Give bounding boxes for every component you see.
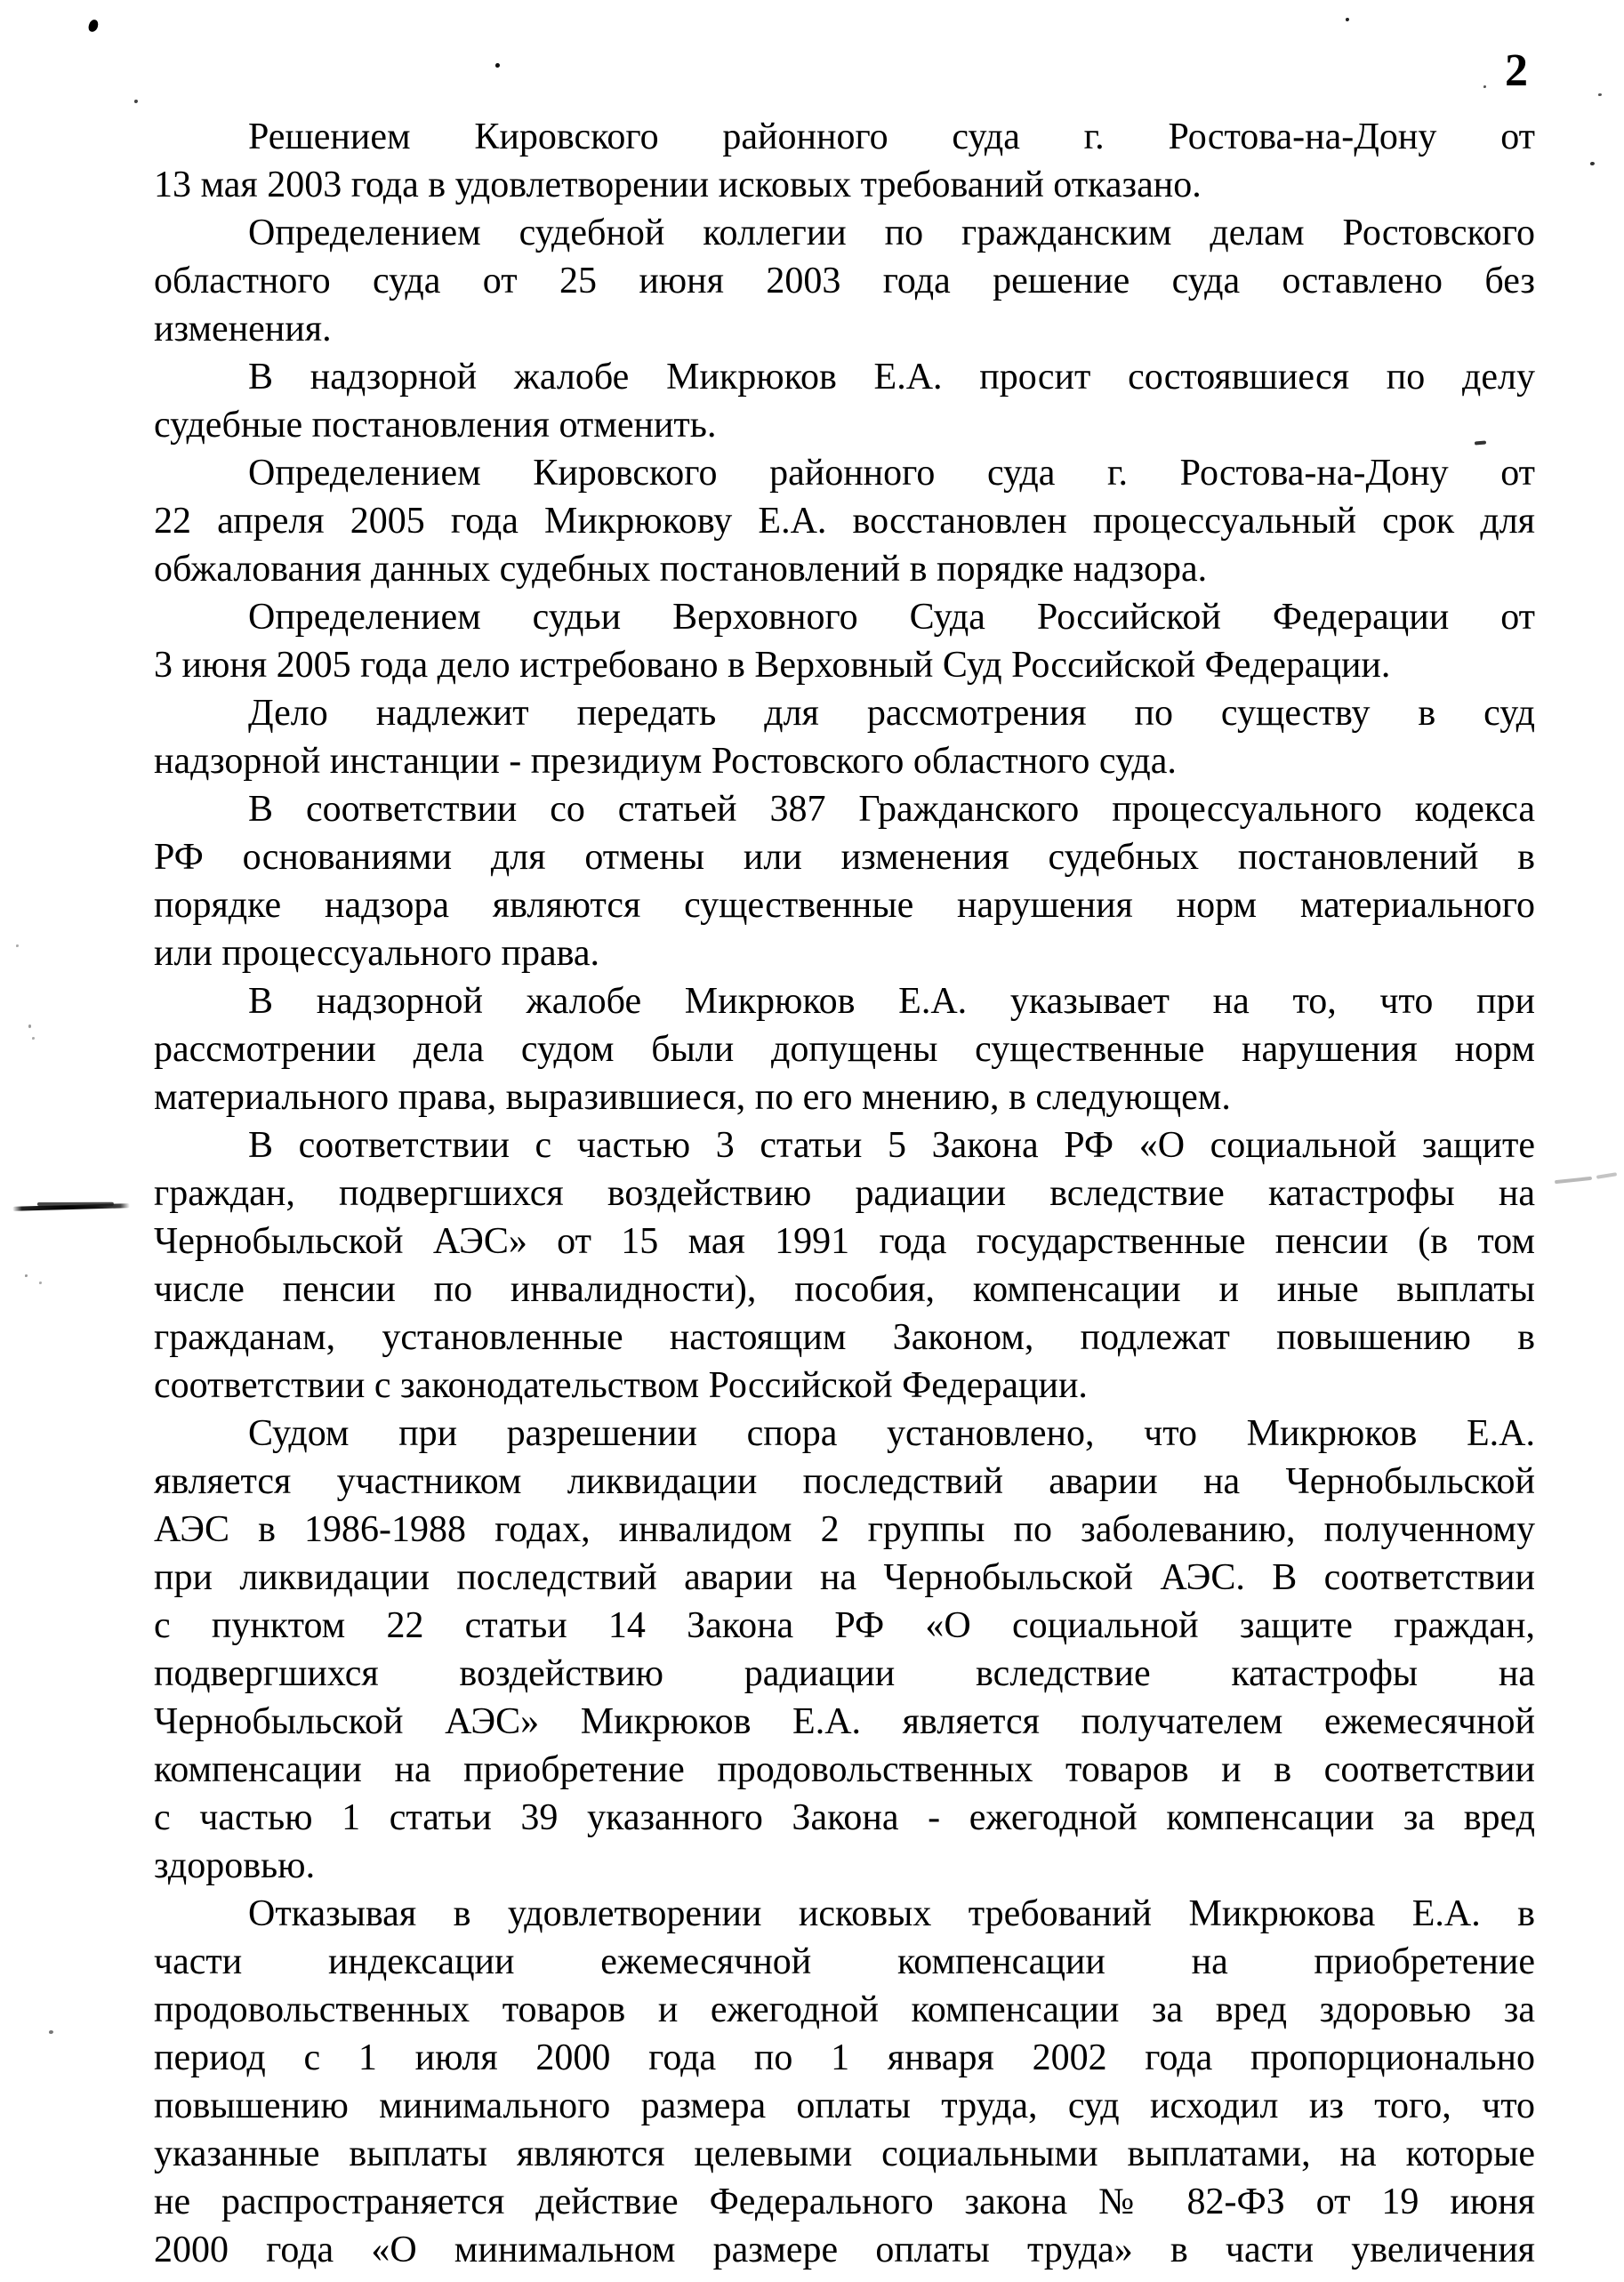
paragraph: Отказывая в удовлетворении исковых требо…: [154, 1890, 1535, 2274]
text-line: Дело надлежит передать для рассмотрения …: [154, 689, 1535, 737]
text-line: В надзорной жалобе Микрюков Е.А. просит …: [154, 353, 1535, 401]
scan-speck: [16, 944, 19, 947]
document-page: 2 Решением Кировского районного суда г. …: [0, 0, 1624, 2282]
scan-speck: [49, 2030, 53, 2034]
text-line: числе пенсии по инвалидности), пособия, …: [154, 1266, 1535, 1314]
paragraph: Дело надлежит передать для рассмотрения …: [154, 689, 1535, 785]
text-line: В соответствии со статьей 387 Гражданско…: [154, 785, 1535, 833]
text-line: при ликвидации последствий аварии на Чер…: [154, 1554, 1535, 1602]
text-line: период с 1 июля 2000 года по 1 января 20…: [154, 2034, 1535, 2082]
text-line: здоровью.: [154, 1842, 1535, 1890]
paragraph: Определением Кировского районного суда г…: [154, 449, 1535, 593]
text-line: Определением судьи Верховного Суда Росси…: [154, 593, 1535, 641]
scan-speck: [1590, 162, 1595, 165]
text-line: повышению минимального размера оплаты тр…: [154, 2082, 1535, 2130]
text-line: с пунктом 22 статьи 14 Закона РФ «О соци…: [154, 1602, 1535, 1650]
margin-pen-stroke: [12, 1201, 130, 1213]
scan-speck: [1346, 18, 1349, 21]
text-line: Определением судебной коллегии по гражда…: [154, 209, 1535, 257]
paragraph: Судом при разрешении спора установлено, …: [154, 1410, 1535, 1890]
scan-speck: [1483, 85, 1486, 88]
text-line: компенсации на приобретение продовольств…: [154, 1746, 1535, 1794]
text-line: с частью 1 статьи 39 указанного Закона -…: [154, 1794, 1535, 1842]
pen-stroke-core: [12, 1203, 130, 1211]
text-line: рассмотрении дела судом были допущены су…: [154, 1025, 1535, 1073]
text-line: АЭС в 1986-1988 годах, инвалидом 2 групп…: [154, 1506, 1535, 1554]
scan-speck: [495, 63, 500, 68]
scan-speck: [87, 19, 100, 33]
paragraph: В надзорной жалобе Микрюков Е.А. просит …: [154, 353, 1535, 449]
text-line: обжалования данных судебных постановлени…: [154, 545, 1535, 593]
document-body: Решением Кировского районного суда г. Ро…: [154, 113, 1535, 2274]
text-line: В соответствии с частью 3 статьи 5 Закон…: [154, 1121, 1535, 1169]
smudge-mark: [1596, 1172, 1617, 1179]
text-line: или процессуального права.: [154, 929, 1535, 977]
text-line: 3 июня 2005 года дело истребовано в Верх…: [154, 641, 1535, 689]
right-margin-smudge: [1555, 1172, 1617, 1186]
text-line: является участником ликвидации последств…: [154, 1458, 1535, 1506]
text-line: продовольственных товаров и ежегодной ко…: [154, 1986, 1535, 2034]
text-line: Чернобыльской АЭС» Микрюков Е.А. являетс…: [154, 1698, 1535, 1746]
paragraph: В надзорной жалобе Микрюков Е.А. указыва…: [154, 977, 1535, 1121]
text-line: 22 апреля 2005 года Микрюкову Е.А. восст…: [154, 497, 1535, 545]
text-line: надзорной инстанции - президиум Ростовск…: [154, 737, 1535, 785]
text-line: соответствии с законодательством Российс…: [154, 1362, 1535, 1410]
scan-speck: [134, 100, 138, 103]
text-line: граждан, подвергшихся воздействию радиац…: [154, 1169, 1535, 1217]
pen-stroke-tail: [37, 1202, 114, 1206]
text-line: изменения.: [154, 305, 1535, 353]
scan-speck: [39, 1282, 42, 1284]
text-line: не распространяется действие Федеральног…: [154, 2178, 1535, 2226]
text-line: В надзорной жалобе Микрюков Е.А. указыва…: [154, 977, 1535, 1025]
text-line: порядке надзора являются существенные на…: [154, 881, 1535, 929]
text-line: Определением Кировского районного суда г…: [154, 449, 1535, 497]
scan-speck: [32, 1037, 35, 1040]
text-line: областного суда от 25 июня 2003 года реш…: [154, 257, 1535, 305]
text-line: 13 мая 2003 года в удовлетворении исковы…: [154, 161, 1535, 209]
text-line: гражданам, установленные настоящим Закон…: [154, 1314, 1535, 1362]
text-line: Решением Кировского районного суда г. Ро…: [154, 113, 1535, 161]
scan-speck: [28, 1024, 31, 1028]
text-line: указанные выплаты являются целевыми соци…: [154, 2130, 1535, 2178]
paragraph: Решением Кировского районного суда г. Ро…: [154, 113, 1535, 209]
text-line: РФ основаниями для отмены или изменения …: [154, 833, 1535, 881]
scan-speck: [1598, 93, 1602, 96]
text-line: Судом при разрешении спора установлено, …: [154, 1410, 1535, 1458]
scan-speck: [25, 1274, 28, 1277]
smudge-mark: [1555, 1177, 1592, 1184]
text-line: материального права, выразившиеся, по ег…: [154, 1073, 1535, 1121]
page-number: 2: [1505, 48, 1529, 94]
text-line: подвергшихся воздействию радиации вследс…: [154, 1650, 1535, 1698]
text-line: судебные постановления отменить.: [154, 401, 1535, 449]
paragraph: Определением судьи Верховного Суда Росси…: [154, 593, 1535, 689]
text-line: Отказывая в удовлетворении исковых требо…: [154, 1890, 1535, 1938]
paragraph: В соответствии со статьей 387 Гражданско…: [154, 785, 1535, 977]
text-line: части индексации ежемесячной компенсации…: [154, 1938, 1535, 1986]
paragraph: В соответствии с частью 3 статьи 5 Закон…: [154, 1121, 1535, 1410]
paragraph: Определением судебной коллегии по гражда…: [154, 209, 1535, 353]
text-line: Чернобыльской АЭС» от 15 мая 1991 года г…: [154, 1217, 1535, 1266]
text-line: 2000 года «О минимальном размере оплаты …: [154, 2226, 1535, 2274]
